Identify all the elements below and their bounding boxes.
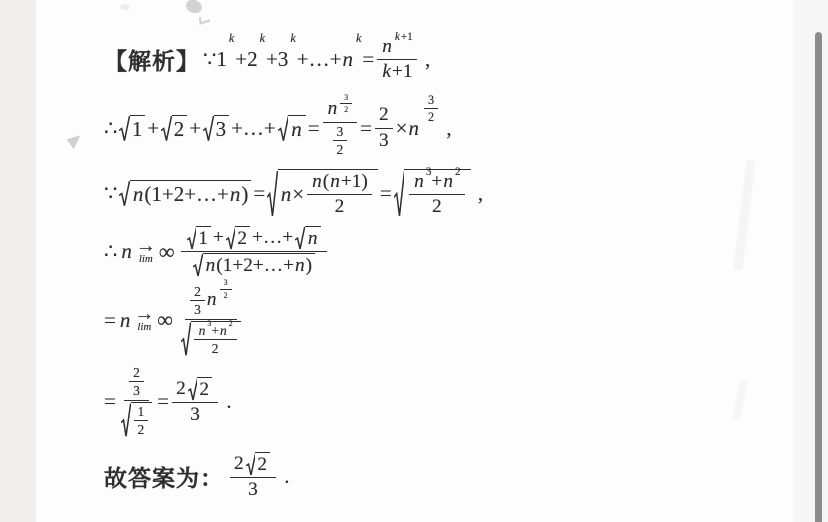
math-text: 1	[216, 47, 227, 72]
math-text: +1)	[341, 171, 368, 193]
superscript: 2	[229, 319, 233, 328]
fraction-denominator: 2	[224, 290, 228, 300]
math-variable: k	[259, 31, 266, 46]
radicand: n	[305, 226, 322, 250]
infinity-symbol: ∞	[157, 307, 173, 333]
superscript: k	[228, 31, 235, 46]
math-text: ∴	[104, 116, 117, 141]
fraction-denominator: 3	[194, 301, 201, 318]
formula-line-denominator: ∵n(1+2+…+n)=n×n(n+1)2=n3+n22 ,	[104, 169, 763, 218]
math-text: 3	[344, 93, 348, 102]
math-text: ∴	[104, 239, 117, 264]
fraction-numerator: 22	[172, 377, 218, 403]
radicand: n3+n22	[191, 321, 241, 357]
radical: n3+n22	[394, 169, 471, 218]
math-text: 2	[237, 228, 247, 250]
math-text: +	[189, 116, 201, 141]
fraction-numerator: 23n32	[185, 284, 236, 320]
math-text: 3	[190, 404, 200, 426]
fraction-numerator: 2	[129, 365, 144, 383]
radical: 3	[203, 115, 229, 142]
radical-sign-icon	[278, 115, 289, 142]
fraction-numerator: 3	[340, 93, 352, 104]
math-text: =	[157, 389, 169, 414]
math-text: 3	[337, 124, 344, 140]
radicand: 3	[214, 115, 230, 142]
fraction-denominator: 2	[344, 104, 348, 114]
fraction-numerator: 2	[375, 104, 393, 128]
math-text: 1	[138, 404, 145, 420]
math-variable: n	[198, 323, 207, 339]
math-text: )	[306, 255, 312, 277]
fraction-denominator: 3	[248, 478, 258, 501]
radical: n	[278, 115, 306, 142]
math-text: 3	[428, 93, 434, 107]
fraction: 223	[172, 377, 218, 426]
scanned-solution-page: { "colors": { "ink": "#2e2e2e", "page": …	[0, 0, 828, 522]
math-text: 2	[344, 105, 348, 114]
fraction-numerator: n(n+1)	[307, 171, 372, 195]
math-text: 3	[248, 479, 258, 501]
fraction-denominator: 2	[335, 195, 345, 218]
math-text: +	[213, 227, 224, 249]
fraction-numerator: 2	[190, 284, 205, 302]
fraction-denominator: 2	[212, 340, 219, 357]
scrollbar-thumb[interactable]	[815, 32, 822, 522]
math-text: ,	[473, 181, 484, 206]
math-text: 2	[379, 104, 389, 126]
math-text: 2	[428, 110, 434, 124]
math-text: 2	[199, 379, 209, 401]
math-text: 2	[257, 454, 267, 476]
math-variable: n	[408, 116, 421, 141]
math-text: 2	[229, 319, 233, 328]
math-text: =	[104, 308, 116, 333]
radical: 2	[246, 452, 270, 476]
limit-word: lim	[139, 254, 153, 265]
fraction: 23n32n3+n22	[179, 284, 243, 357]
superscript: k+1	[394, 31, 413, 44]
math-text: =	[380, 181, 392, 206]
fraction-denominator: 32	[332, 123, 349, 158]
math-text: )	[241, 182, 248, 207]
math-text: +	[431, 171, 442, 193]
math-variable: n	[341, 47, 354, 72]
math-text: 3	[426, 166, 432, 179]
math-text: 3	[207, 319, 211, 328]
formula-line-limit: ∴n→lim∞1+2+…+nn(1+2+…+n)	[104, 226, 763, 277]
radical: n3+n22	[181, 321, 241, 357]
superscript: k	[355, 31, 362, 46]
radical: n×n(n+1)2	[267, 169, 378, 218]
fraction: 32	[340, 93, 352, 114]
radicand: 2	[235, 226, 250, 250]
fraction-denominator: 3	[133, 382, 140, 399]
fraction-numerator: 22	[230, 452, 276, 478]
radical-sign-icon	[203, 115, 214, 142]
superscript: k	[289, 31, 296, 46]
math-text: ×	[292, 182, 304, 207]
radical: 2	[226, 226, 250, 250]
formula-line-final-answer: 故答案为：223 .	[104, 452, 763, 501]
math-variable: n	[329, 171, 341, 193]
math-text: 2	[176, 378, 186, 400]
math-text: +1	[401, 31, 413, 44]
radical-sign-icon	[267, 169, 278, 218]
fraction: 223	[230, 452, 276, 501]
radical: n(1+2+…+n)	[193, 253, 315, 277]
math-variable: n	[381, 36, 393, 58]
fraction: 32	[424, 93, 438, 124]
radicand: 2	[172, 115, 188, 142]
radicand: n(1+2+…+n)	[130, 180, 252, 207]
math-text: +	[147, 116, 159, 141]
fraction-numerator: 3	[333, 124, 348, 142]
fraction-numerator: n3+n2	[194, 323, 237, 341]
fraction: n(n+1)2	[307, 171, 372, 218]
radical-sign-icon	[181, 321, 191, 357]
math-variable: k	[394, 31, 401, 44]
math-text: 2	[224, 291, 228, 300]
fraction-denominator: n3+n22	[179, 320, 243, 357]
fraction-denominator: n(1+2+…+n)	[191, 252, 317, 277]
radical-sign-icon	[188, 377, 198, 401]
fraction: n3+n22	[194, 323, 237, 357]
radicand: 1	[196, 226, 211, 250]
math-text: =	[362, 47, 374, 72]
math-text: 1	[198, 228, 208, 250]
math-variable: k	[355, 31, 362, 46]
math-text: 2	[212, 341, 219, 357]
math-text: 2	[337, 142, 344, 158]
radical-sign-icon	[119, 180, 130, 207]
math-text: 2	[138, 422, 145, 438]
fraction-numerator: n32	[323, 98, 358, 122]
radicand: 2	[197, 377, 212, 401]
radical-sign-icon	[394, 169, 405, 218]
math-variable: n	[413, 171, 425, 193]
math-text: .	[221, 389, 232, 414]
fraction-denominator: 2	[432, 195, 442, 218]
formula-line-sqrt-sum: ∴1+2+3+…+n=n3232=23×n32 ,	[104, 98, 763, 157]
math-variable: k	[228, 31, 235, 46]
math-text: +…+	[252, 227, 293, 249]
radical: 12	[121, 402, 152, 438]
superscript: 32	[219, 278, 233, 299]
math-variable: k	[289, 31, 296, 46]
fraction-denominator: 12	[119, 401, 154, 438]
radicand: 1	[130, 115, 146, 142]
radicand: n×n(n+1)2	[278, 169, 378, 218]
math-text: 3	[379, 130, 389, 152]
math-variable: n	[442, 171, 454, 193]
limit-notation: n→lim∞	[120, 239, 174, 265]
radical-sign-icon	[119, 115, 130, 142]
limit-word: lim	[137, 322, 151, 333]
fraction: 12	[134, 404, 149, 438]
math-text: +1	[392, 61, 413, 83]
math-text: 3	[133, 383, 140, 399]
math-text: =	[360, 116, 372, 141]
fraction-numerator: 1+2+…+n	[181, 226, 328, 252]
fraction: 1+2+…+nn(1+2+…+n)	[181, 226, 328, 277]
math-text: 1	[132, 117, 143, 142]
math-text: 3	[224, 278, 228, 287]
math-text: +…+	[231, 116, 276, 141]
limit-variable: n	[120, 239, 133, 264]
cjk-text: 故答案为：	[104, 460, 224, 493]
fraction-numerator: 1	[134, 404, 149, 422]
math-text: 3	[216, 117, 227, 142]
fraction: n3232	[323, 98, 358, 157]
math-variable: n	[327, 98, 339, 120]
fraction: 23	[375, 104, 393, 151]
superscript: 3	[207, 319, 211, 328]
fraction-denominator: 2	[337, 141, 344, 158]
math-text: +…+	[297, 47, 342, 72]
fraction-numerator: nk+1	[377, 36, 417, 60]
math-text: =	[253, 181, 265, 206]
fraction: 2312	[119, 365, 154, 438]
radicand: n(1+2+…+n)	[203, 253, 315, 277]
math-text: +	[211, 323, 219, 339]
fraction: 23	[190, 284, 205, 318]
math-variable: n	[290, 117, 303, 142]
superscript: 2	[455, 166, 461, 179]
fraction-denominator: 3	[379, 129, 389, 152]
radical-sign-icon	[161, 115, 172, 142]
limit-arrow-group: →lim	[136, 239, 156, 265]
radical: 1	[119, 115, 145, 142]
fraction-denominator: 3	[190, 403, 200, 426]
math-text: .	[279, 464, 290, 489]
fraction-denominator: 2	[428, 109, 434, 124]
arrow-right-icon: →	[136, 239, 156, 254]
math-text: 2	[194, 284, 201, 300]
math-variable: n	[280, 182, 293, 207]
fraction: 32	[333, 124, 348, 158]
math-variable: n	[311, 171, 323, 193]
math-text: 2	[133, 365, 140, 381]
scroll-rail	[793, 0, 828, 522]
fraction: 23	[129, 365, 144, 399]
math-text: 2	[234, 453, 244, 475]
radical: n	[295, 226, 321, 250]
math-variable: n	[132, 182, 145, 207]
math-text: 2	[455, 166, 461, 179]
radical-sign-icon	[121, 402, 131, 438]
math-variable: n	[219, 323, 228, 339]
radical-sign-icon	[246, 452, 256, 476]
radicand: n3+n22	[404, 169, 470, 218]
radical: 2	[161, 115, 187, 142]
math-text: (1+2+…+	[144, 182, 229, 207]
math-text: 2	[335, 196, 345, 218]
math-text: ∵	[104, 181, 117, 206]
math-text: ×	[396, 116, 408, 141]
math-text: 3	[194, 302, 201, 318]
math-text: (1+2+…+	[216, 255, 294, 277]
fraction: 32	[220, 278, 232, 299]
math-text: ,	[441, 116, 452, 141]
solution-content: 【解析】∵1k+2k+3k+…+nk=nk+1k+1 , ∴1+2+3+…+n=…	[0, 0, 793, 522]
radical: 1	[187, 226, 211, 250]
math-text: =	[308, 116, 320, 141]
infinity-symbol: ∞	[159, 239, 175, 265]
superscript: 32	[421, 93, 441, 124]
math-variable: n	[206, 289, 218, 311]
fraction-denominator: 2	[138, 421, 145, 438]
math-text: +2	[235, 47, 257, 72]
limit-notation: n→lim∞	[119, 307, 173, 333]
math-text: +3	[266, 47, 288, 72]
radical-sign-icon	[193, 253, 203, 277]
limit-variable: n	[119, 308, 132, 333]
math-variable: k	[381, 61, 392, 83]
radical: 2	[188, 377, 212, 401]
cjk-text: 【解析】	[104, 43, 200, 76]
math-text: 2	[174, 117, 185, 142]
fraction-numerator: 3	[424, 93, 438, 109]
fraction-numerator: 3	[220, 278, 232, 289]
math-text: =	[104, 389, 116, 414]
fraction: nk+1k+1	[377, 36, 417, 83]
radical-sign-icon	[187, 226, 197, 250]
superscript: 32	[339, 93, 353, 114]
math-text: ∵	[203, 47, 216, 72]
math-variable: n	[307, 228, 319, 250]
math-variable: n	[229, 182, 242, 207]
fraction-numerator: n3+n2	[409, 171, 464, 195]
formula-line-analysis-given: 【解析】∵1k+2k+3k+…+nk=nk+1k+1 ,	[104, 36, 763, 83]
radical-sign-icon	[226, 226, 236, 250]
radicand: n	[288, 115, 306, 142]
radical: n(1+2+…+n)	[119, 180, 251, 207]
radicand: 12	[131, 402, 153, 438]
formula-line-evaluation: =2312=223 .	[104, 365, 763, 438]
arrow-right-icon: →	[134, 307, 154, 322]
math-variable: n	[205, 255, 217, 277]
superscript: 3	[426, 166, 432, 179]
radicand: 2	[255, 452, 270, 476]
fraction-denominator: k+1	[381, 60, 412, 83]
superscript: k	[259, 31, 266, 46]
limit-arrow-group: →lim	[134, 307, 154, 333]
radical-sign-icon	[295, 226, 305, 250]
fraction: n3+n22	[409, 171, 464, 218]
math-text: 2	[432, 196, 442, 218]
formula-line-limit-substituted: =n→lim∞23n32n3+n22	[104, 284, 763, 357]
math-text: ,	[420, 47, 431, 72]
math-variable: n	[294, 255, 306, 277]
fraction-numerator: 23	[124, 365, 149, 401]
